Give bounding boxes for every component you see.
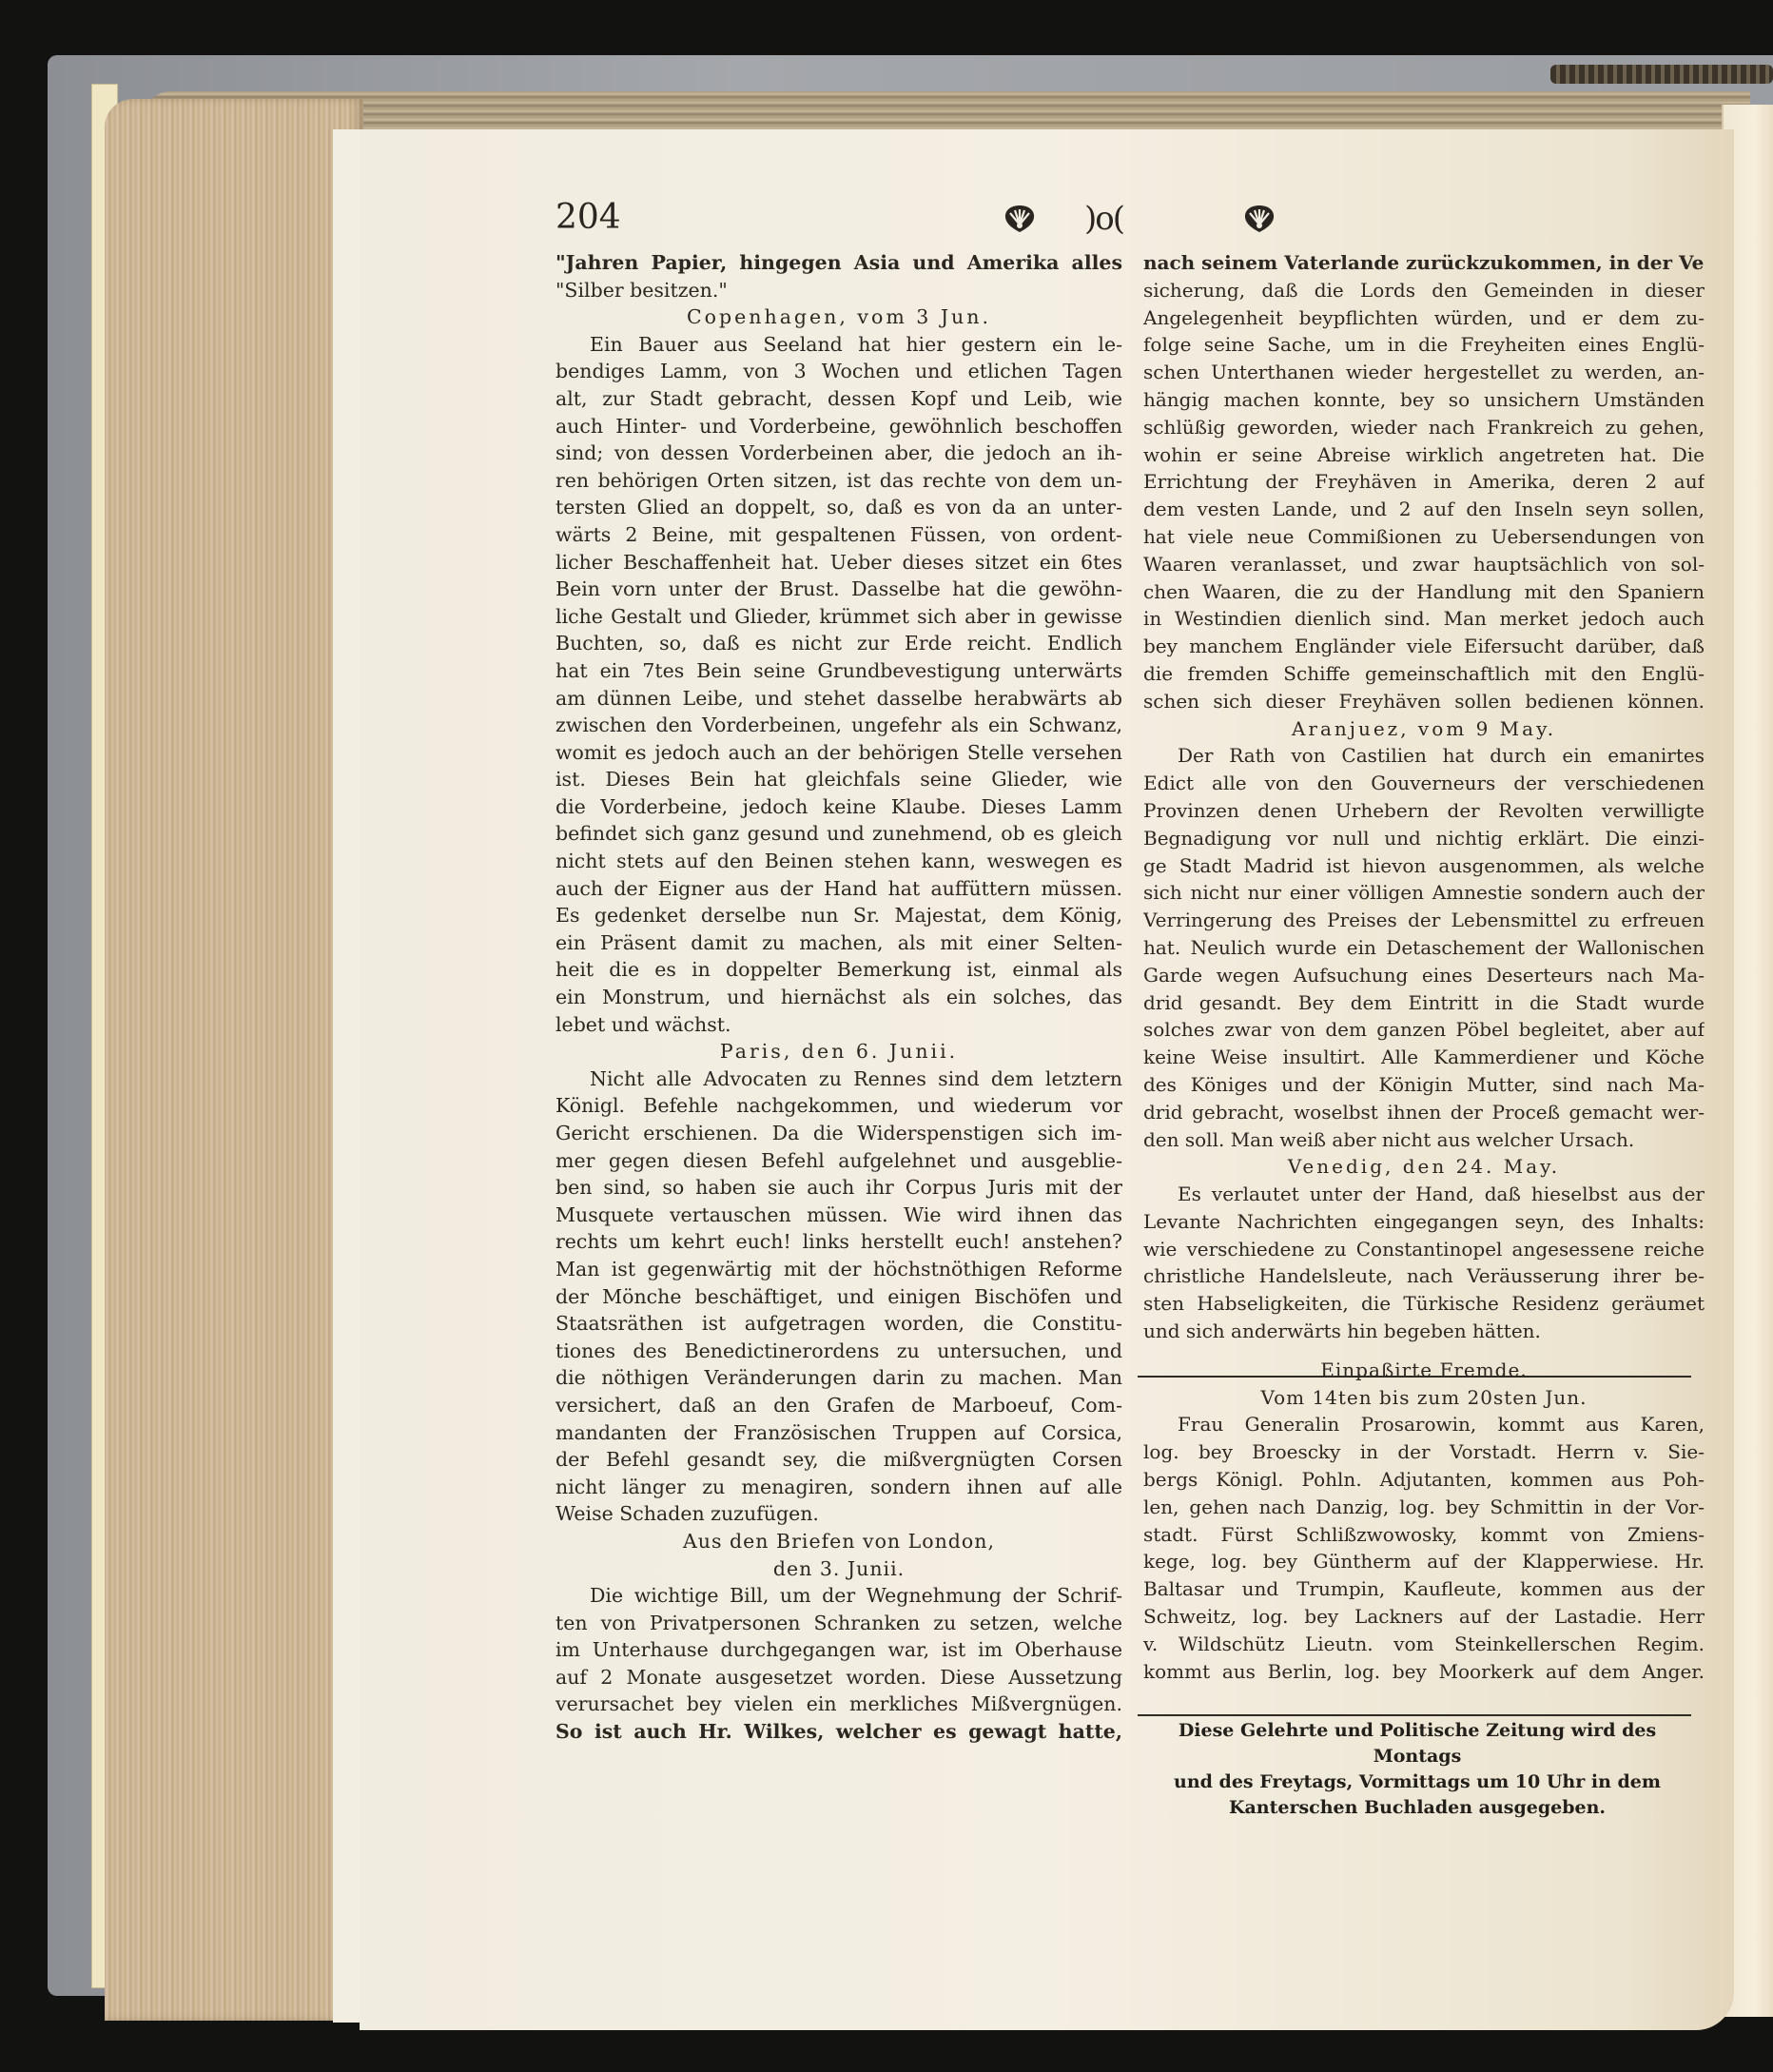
text-line: schen sich dieser Freyhäven sollen bedie… (1143, 688, 1705, 715)
text-line: schen Unterthanen wieder hergestellet zu… (1143, 359, 1705, 386)
text-line: alt, zur Stadt gebracht, dessen Kopf und… (555, 385, 1122, 413)
text-line: hängig machen konnte, bey so unsichern U… (1143, 386, 1705, 414)
text-line: ge Stadt Madrid ist hievon ausgenommen, … (1143, 852, 1705, 880)
text-line: Die wichtige Bill, um der Wegnehmung der… (555, 1582, 1122, 1610)
text-line: sten Habseligkeiten, die Türkische Resid… (1143, 1290, 1705, 1318)
text-line: der Mönche beschäftiget, und einigen Bis… (555, 1283, 1122, 1311)
text-line: der Befehl gesandt sey, die mißvergnügte… (555, 1446, 1122, 1474)
text-line: Provinzen denen Urhebern der Revolten ve… (1143, 797, 1705, 825)
right-column: nach seinem Vaterlande zurückzukommen, i… (1143, 249, 1705, 1685)
text-line: christliche Handelsleute, nach Veräusser… (1143, 1262, 1705, 1290)
section-heading-venedig: Venedig, den 24. May. (1143, 1153, 1705, 1181)
text-line: hat viele neue Commißionen zu Uebersendu… (1143, 523, 1705, 551)
text-line: folge seine Sache, um in die Freyheiten … (1143, 331, 1705, 359)
text-line: licher Beschaffenheit hat. Ueber dieses … (555, 549, 1122, 577)
text-line: wohin er seine Abreise wirklich angetret… (1143, 441, 1705, 469)
text-line: len, gehen nach Danzig, log. bey Schmitt… (1143, 1494, 1705, 1521)
section-divider (1138, 1376, 1691, 1378)
text-line: Begnadigung vor null und nichtig erklärt… (1143, 825, 1705, 852)
publication-notice: Diese Gelehrte und Politische Zeitung wi… (1132, 1718, 1703, 1821)
text-line: bey manchem Engländer viele Eifersucht d… (1143, 633, 1705, 660)
text-line: Staatsräthen ist aufgetragen worden, die… (555, 1310, 1122, 1338)
text-line: und sich anderwärts hin begeben hätten. (1143, 1318, 1705, 1345)
text-line: tersten Glied an doppelt, so, daß es von… (555, 494, 1122, 521)
text-line: Weise Schaden zuzufügen. (555, 1500, 1122, 1528)
text-line: am dünnen Leibe, und stehet dasselbe her… (555, 685, 1122, 713)
text-line: Edict alle von den Gouverneurs der versc… (1143, 770, 1705, 797)
text-line: wie verschiedene zu Constantinopel anges… (1143, 1236, 1705, 1263)
text-line: womit es jedoch auch an der behörigen St… (555, 739, 1122, 767)
text-line: mandanten der Französischen Truppen auf … (555, 1419, 1122, 1447)
text-line: verursachet bey vielen ein merkliches Mi… (555, 1691, 1122, 1718)
text-line: drid gebracht, woselbst ihnen der Proceß… (1143, 1099, 1705, 1126)
text-line: nicht stets auf den Beinen stehen kann, … (555, 848, 1122, 875)
text-line: Errichtung der Freyhäven in Amerika, der… (1143, 468, 1705, 496)
text-line: Ein Bauer aus Seeland hat hier gestern e… (555, 331, 1122, 359)
text-line: Diese Gelehrte und Politische Zeitung wi… (1132, 1718, 1703, 1769)
page-header: 204 )o( (555, 198, 1697, 249)
shell-ornament-icon (1242, 204, 1276, 234)
article-london-continued: nach seinem Vaterlande zurückzukommen, i… (1143, 249, 1705, 715)
text-line: Schweitz, log. bey Lackners auf der Last… (1143, 1603, 1705, 1631)
headband (1550, 65, 1773, 84)
shell-ornament-icon (1003, 204, 1037, 234)
section-subheading-london-date: den 3. Junii. (555, 1555, 1122, 1583)
text-line: Waaren veranlasset, und zwar hauptsächli… (1143, 551, 1705, 578)
section-divider (1138, 1714, 1691, 1716)
text-line: sicherung, daß die Lords den Gemeinden i… (1143, 277, 1705, 304)
text-line: ten von Privatpersonen Schranken zu setz… (555, 1610, 1122, 1637)
text-line: zwischen den Vorderbeinen, ungefehr als … (555, 712, 1122, 739)
text-line: mer gegen diesen Befehl aufgelehnet und … (555, 1147, 1122, 1175)
article-paris: Nicht alle Advocaten zu Rennes sind dem … (555, 1065, 1122, 1528)
text-line: den soll. Man weiß aber nicht aus welche… (1143, 1126, 1705, 1154)
text-line: ben sind, so haben sie auch ihr Corpus J… (555, 1174, 1122, 1202)
text-line: bergs Königl. Pohln. Adjutanten, kommen … (1143, 1466, 1705, 1494)
text-line: dem vesten Lande, und 2 auf den Inseln s… (1143, 496, 1705, 523)
text-line: im Unterhause durchgegangen war, ist im … (555, 1636, 1122, 1664)
text-line: in Westindien dienlich sind. Man merket … (1143, 605, 1705, 633)
text-line: Der Rath von Castilien hat durch ein ema… (1143, 742, 1705, 770)
text-line: log. bey Broescky in der Vorstadt. Herrn… (1143, 1438, 1705, 1466)
text-line: hat. Neulich wurde ein Detaschement der … (1143, 934, 1705, 962)
text-line: kommt aus Berlin, log. bey Moorkerk auf … (1143, 1658, 1705, 1686)
text-line: sind; von dessen Vorderbeinen aber, die … (555, 440, 1122, 467)
text-line: ist. Dieses Bein hat gleichfals seine Gl… (555, 766, 1122, 793)
article-venedig: Es verlautet unter der Hand, daß hieselb… (1143, 1181, 1705, 1345)
text-line: Levante Nachrichten eingegangen seyn, de… (1143, 1208, 1705, 1236)
text-line: Man ist gegenwärtig mit der höchstnöthig… (555, 1256, 1122, 1283)
text-line: Es gedenket derselbe nun Sr. Majestat, d… (555, 902, 1122, 929)
text-line: auch Hinter- und Vorderbeine, gewöhnlich… (555, 413, 1122, 440)
text-line: ein Präsent damit zu machen, als mit ein… (555, 929, 1122, 957)
text-line: Angelegenheit beypflichten würden, und e… (1143, 304, 1705, 332)
text-line: ren behörigen Orten sitzen, ist das rech… (555, 467, 1122, 495)
text-line: des Königes und der Königin Mutter, sind… (1143, 1071, 1705, 1099)
page-stub (333, 129, 360, 2023)
arrivals-title: Einpaßirte Fremde. (1143, 1357, 1705, 1384)
text-line: versichert, daß an den Grafen de Marboeu… (555, 1392, 1122, 1419)
text-line: heit die es in doppelter Bemerkung ist, … (555, 956, 1122, 984)
arrivals-list: Frau Generalin Prosarowin, kommt aus Kar… (1143, 1411, 1705, 1685)
text-line: kege, log. bey Güntherm auf der Klapperw… (1143, 1548, 1705, 1575)
text-line: solches zwar von dem ganzen Pöbel beglei… (1143, 1016, 1705, 1044)
text-line: So ist auch Hr. Wilkes, welcher es gewag… (555, 1718, 1122, 1746)
text-line: Es verlautet unter der Hand, daß hieselb… (1143, 1181, 1705, 1208)
text-line: "Silber besitzen." (555, 277, 1122, 304)
text-line: die Vorderbeine, jedoch keine Klaube. Di… (555, 793, 1122, 821)
left-column: "Jahren Papier, hingegen Asia und Amerik… (555, 249, 1122, 1746)
text-line: sich nicht nur einer völligen Amnestie s… (1143, 879, 1705, 907)
text-line: Königl. Befehle nachgekommen, und wieder… (555, 1092, 1122, 1120)
text-line: Bein vorn unter der Brust. Dasselbe hat … (555, 576, 1122, 603)
text-line: lebet und wächst. (555, 1011, 1122, 1039)
text-line: ein Monstrum, und hiernächst als ein sol… (555, 984, 1122, 1011)
text-line: tiones des Benedictinerordens zu untersu… (555, 1338, 1122, 1365)
text-line: die fremden Schiffe gemeinschaftlich mit… (1143, 660, 1705, 688)
article-london: Die wichtige Bill, um der Wegnehmung der… (555, 1582, 1122, 1746)
text-line: drid gesandt. Bey dem Eintritt in die St… (1143, 989, 1705, 1017)
page-block-top-edge (143, 91, 1750, 129)
section-heading-paris: Paris, den 6. Junii. (555, 1038, 1122, 1065)
text-line: Frau Generalin Prosarowin, kommt aus Kar… (1143, 1411, 1705, 1438)
text-line: Kanterschen Buchladen ausgegeben. (1132, 1795, 1703, 1821)
text-line: nach seinem Vaterlande zurückzukommen, i… (1143, 249, 1705, 277)
text-line: befindet sich ganz gesund und zunehmend,… (555, 820, 1122, 848)
section-heading-london: Aus den Briefen von London, (555, 1528, 1122, 1555)
text-line: Nicht alle Advocaten zu Rennes sind dem … (555, 1065, 1122, 1093)
page-number: 204 (555, 198, 621, 237)
text-line: wärts 2 Beine, mit gespaltenen Füssen, v… (555, 521, 1122, 549)
text-line: liche Gestalt und Glieder, krümmet sich … (555, 603, 1122, 631)
text-line: rechts um kehrt euch! links herstellt eu… (555, 1228, 1122, 1256)
text-line: Musquete vertauschen müssen. Wie wird ih… (555, 1202, 1122, 1229)
arrivals-period: Vom 14ten bis zum 20sten Jun. (1143, 1384, 1705, 1412)
text-line: v. Wildschütz Lieutn. vom Steinkellersch… (1143, 1631, 1705, 1658)
text-line: stadt. Fürst Schlißzwowosky, kommt von Z… (1143, 1521, 1705, 1549)
text-line: chen Waaren, die zu der Handlung mit den… (1143, 578, 1705, 606)
text-line: auf 2 Monate ausgesetzet worden. Diese A… (555, 1664, 1122, 1691)
text-line: hat ein 7tes Bein seine Grundbevestigung… (555, 657, 1122, 685)
text-line: schlüßig geworden, wieder nach Frankreic… (1143, 414, 1705, 441)
text-line: Verringerung des Preises der Lebensmitte… (1143, 907, 1705, 934)
text-line: Garde wegen Aufsuchung eines Deserteurs … (1143, 962, 1705, 989)
text-line: die nöthigen Veränderungen darin zu mach… (555, 1364, 1122, 1392)
text-line: Buchten, so, daß es nicht zur Erde reich… (555, 630, 1122, 657)
text-line: auch der Eigner aus der Hand hat auffütt… (555, 875, 1122, 903)
text-line: Gericht erschienen. Da die Widerspenstig… (555, 1120, 1122, 1147)
article-aranjuez: Der Rath von Castilien hat durch ein ema… (1143, 742, 1705, 1153)
header-ornament-center: )o( (1084, 200, 1123, 238)
text-line: Baltasar und Trumpin, Kaufleute, kommen … (1143, 1575, 1705, 1603)
text-line: nicht länger zu menagiren, sondern ihnen… (555, 1474, 1122, 1501)
page-block-fore-edge (105, 99, 363, 2021)
text-line: und des Freytags, Vormittags um 10 Uhr i… (1132, 1769, 1703, 1795)
article-copenhagen: Ein Bauer aus Seeland hat hier gestern e… (555, 331, 1122, 1038)
text-line: "Jahren Papier, hingegen Asia und Amerik… (555, 249, 1122, 277)
section-heading-aranjuez: Aranjuez, vom 9 May. (1143, 715, 1705, 743)
section-heading-copenhagen: Copenhagen, vom 3 Jun. (555, 303, 1122, 331)
text-line: keine Weise insultirt. Alle Kammerdiener… (1143, 1044, 1705, 1071)
text-line: bendiges Lamm, von 3 Wochen und etlichen… (555, 358, 1122, 385)
